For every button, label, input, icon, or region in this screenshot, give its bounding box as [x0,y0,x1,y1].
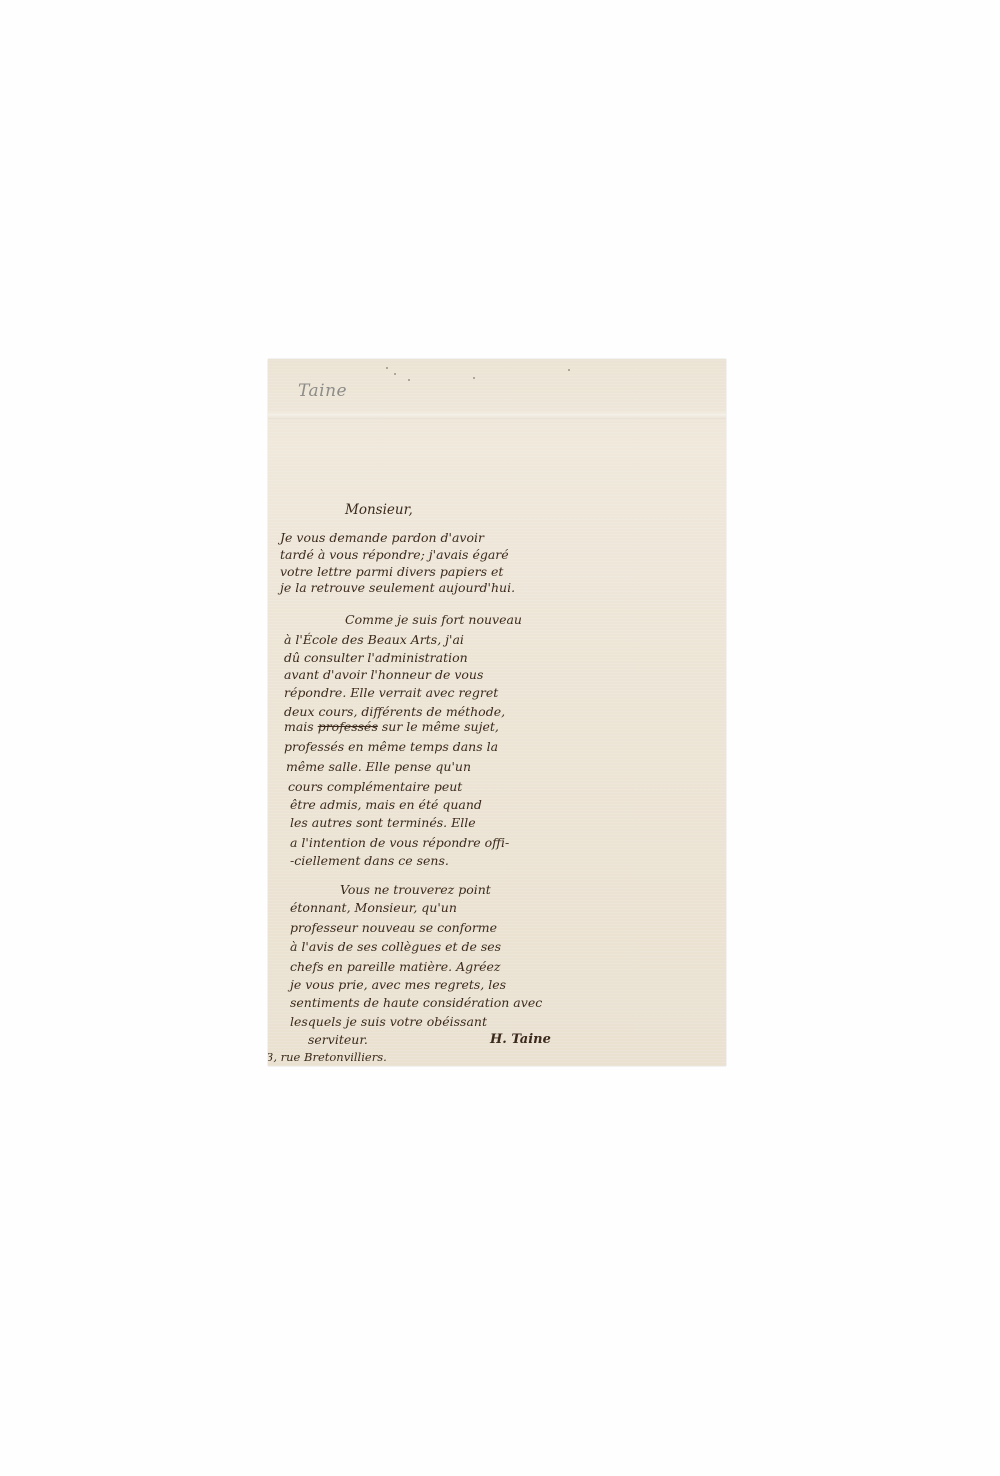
letter-line: professés en même temps dans la [284,740,498,754]
letter-line: chefs en pareille matière. Agréez [290,960,501,974]
letter-line: cours complémentaire peut [288,780,462,794]
letter-line: même salle. Elle pense qu'un [286,760,471,774]
letter-line: sentiments de haute considération avec [290,996,542,1010]
signature: H. Taine [490,1033,551,1047]
letter-line: Comme je suis fort nouveau [345,613,522,627]
struck-out-word: professés [318,719,378,734]
pencil-annotation: Taine [298,381,347,401]
letter-word: sur le même sujet, [382,719,499,734]
paper-speck [568,369,570,371]
letter-line: les autres sont terminés. Elle [290,816,476,830]
scanned-page: Taine Monsieur, Je vous demande pardon d… [0,0,1000,1476]
letter-line: mais professés sur le même sujet, [284,720,499,734]
letter-line: répondre. Elle verrait avec regret [284,686,498,700]
paper-speck [408,379,410,381]
letter-line: dû consulter l'administration [284,651,468,665]
letter-line: à l'École des Beaux Arts, j'ai [284,633,464,647]
letter-line: -ciellement dans ce sens. [290,854,449,868]
letter-line: tardé à vous répondre; j'avais égaré [280,548,509,562]
paper-fold-crease [268,411,726,419]
letter-line: lesquels je suis votre obéissant [290,1015,487,1029]
paper-speck [386,367,388,369]
sender-address: 3, rue Bretonvilliers. [268,1050,387,1064]
letter-line: avant d'avoir l'honneur de vous [284,668,483,682]
salutation: Monsieur, [345,503,413,517]
letter-line: professeur nouveau se conforme [290,921,497,935]
letter-line: Je vous demande pardon d'avoir [280,531,484,545]
letter-line: votre lettre parmi divers papiers et [280,565,503,579]
paper-speck [473,377,475,379]
letter-line: a l'intention de vous répondre offi- [290,836,509,850]
letter-line: Vous ne trouverez point [340,883,491,897]
letter-word: mais [284,719,314,734]
letter-line: à l'avis de ses collègues et de ses [290,940,501,954]
letter-line: être admis, mais en été quand [290,798,482,812]
letter-line: serviteur. [308,1033,368,1047]
letter-line: étonnant, Monsieur, qu'un [290,901,457,915]
letter-line: deux cours, différents de méthode, [284,705,505,719]
paper-speck [394,373,396,375]
letter-sheet: Taine Monsieur, Je vous demande pardon d… [268,359,726,1066]
letter-line: je vous prie, avec mes regrets, les [290,978,506,992]
letter-line: je la retrouve seulement aujourd'hui. [280,581,515,595]
